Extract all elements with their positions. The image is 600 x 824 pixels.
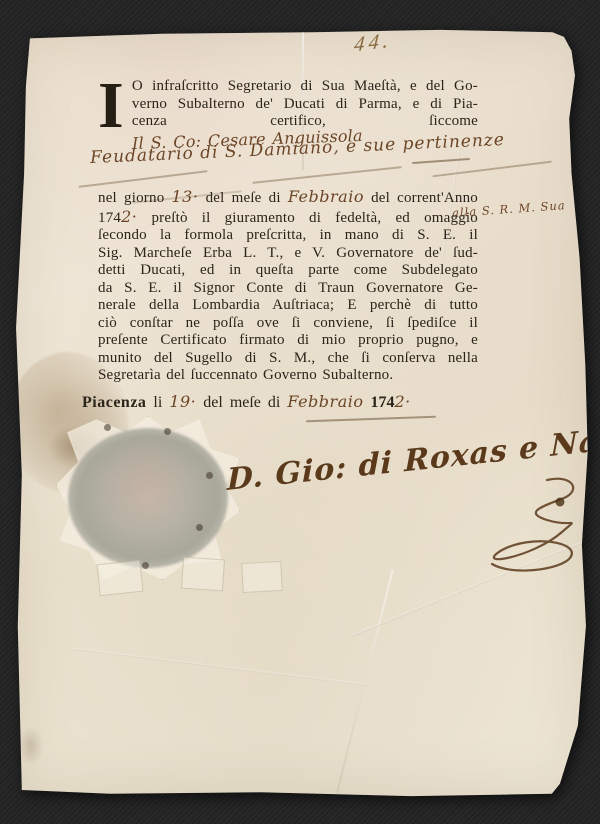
body-paragraph: nel giorno 13· del meſe di Febbraio del … [98, 188, 478, 385]
dateline-place: Piacenza [82, 394, 146, 411]
seal-speck [196, 524, 203, 531]
printed-line: nerale della Lombardia Auſtriaca; E perc… [98, 297, 478, 315]
dateline: Piacenza li 19· del meſe di Febbraio 174… [82, 392, 411, 412]
printed-text: nel giorno [98, 190, 164, 206]
seal-speck [104, 424, 111, 431]
printed-line: Sig. Marcheſe Erba L. T., e V. Governato… [98, 245, 478, 263]
printed-line-mixed: 1742· preſtò il giuramento di fedeltà, e… [98, 208, 478, 228]
printed-line: ciò conſtar ne poſſa ove ſi conviene, ſi… [98, 315, 478, 333]
printed-year: 174 [98, 210, 121, 226]
paper-crease [336, 569, 394, 793]
scan-background: 44. I O infraſcritto Segretario di Sua M… [0, 0, 600, 824]
printed-text: preſtò il giuramento di fedeltà, ed omag… [151, 210, 478, 226]
seal-tab-impression [181, 557, 225, 592]
handwritten-month: Febbraio [288, 187, 364, 206]
printed-line: munito del Sugello di S. M., che ſi conſ… [98, 350, 478, 368]
document-paper: 44. I O infraſcritto Segretario di Sua M… [12, 26, 590, 800]
pen-flourish [252, 166, 401, 183]
printed-year: 174 [370, 394, 394, 411]
printed-line: Segretarìa del ſuccennato Governo Subalt… [98, 367, 478, 385]
seal-impression [68, 428, 228, 568]
seal-speck [142, 562, 149, 569]
printed-line: ſecondo la formola preſcritta, in mano d… [98, 227, 478, 245]
handwritten-day: 19· [169, 392, 196, 411]
handwritten-month: Febbraio [287, 392, 363, 411]
paper-seal [46, 412, 256, 592]
signature-flourish [452, 472, 592, 582]
pen-flourish [432, 161, 551, 177]
printed-text: cenza certifico, ſiccome [132, 113, 478, 129]
folio-number: 44. [353, 27, 393, 57]
printed-text: del corrent'Anno [371, 190, 478, 206]
handwritten-underline [306, 416, 436, 423]
printed-line: verno Subalterno de' Ducati di Parma, e … [98, 96, 478, 114]
handwritten-year-digit: 2· [394, 392, 410, 411]
paper-crease [73, 648, 371, 687]
seal-speck [164, 428, 171, 435]
drop-cap-initial: I [98, 80, 124, 132]
pen-flourish [78, 170, 207, 187]
handwritten-day: 13· [172, 187, 199, 206]
seal-speck [206, 472, 213, 479]
ink-stain [18, 726, 44, 766]
dateline-mid: del meſe di [203, 394, 280, 411]
handwritten-filler-dash [412, 158, 470, 164]
seal-tab-impression [241, 561, 283, 593]
printed-line: da S. E. il Signor Conte di Traun Govern… [98, 280, 478, 298]
handwritten-year-digit: 2· [121, 207, 137, 226]
printed-line: preſente Certificato firmato di mio prop… [98, 332, 478, 350]
printed-text: del meſe di [206, 190, 281, 206]
printed-line-mixed: nel giorno 13· del meſe di Febbraio del … [98, 188, 478, 208]
paper-shadow: 44. I O infraſcritto Segretario di Sua M… [12, 26, 590, 800]
printed-line: O infraſcritto Segretario di Sua Maeſtà,… [98, 78, 478, 96]
printed-line: detti Ducati, ed in queſta parte come Su… [98, 262, 478, 280]
dateline-li: li [153, 394, 162, 411]
seal-tab-impression [96, 560, 143, 596]
